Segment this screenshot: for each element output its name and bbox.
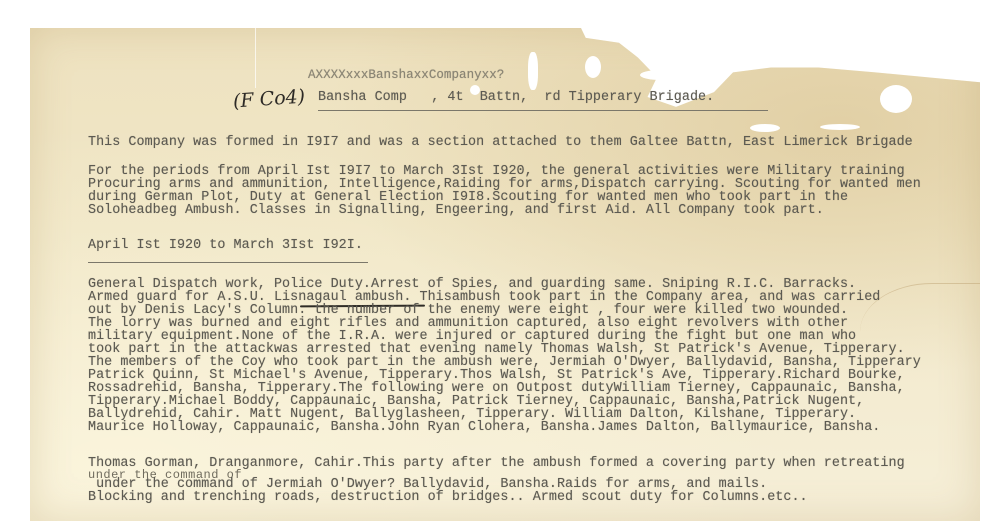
paper-hole <box>640 70 680 80</box>
closing-line: Blocking and trenching roads, destructio… <box>88 491 808 504</box>
period2-line: Maurice Holloway, Cappaunaic, Bansha.Joh… <box>88 421 880 434</box>
paper-hole <box>750 124 780 132</box>
document-heading: Bansha Comp , 4t Battn, rd Tipperary Bri… <box>318 91 714 104</box>
paper-fold <box>255 28 256 88</box>
intro-line: This Company was formed in I9I7 and was … <box>88 136 913 149</box>
paper-hole <box>880 85 912 113</box>
paper-hole <box>528 52 538 90</box>
period2-heading: April Ist I920 to March 3Ist I92I. <box>88 239 363 252</box>
period1-line: Soloheadbeg Ambush. Classes in Signallin… <box>88 204 824 217</box>
paper-hole <box>585 56 601 78</box>
paper-hole <box>820 124 860 130</box>
struck-heading: AXXXXxxxBanshaxxCompanyxx? <box>308 69 504 82</box>
period2-rule <box>88 262 368 263</box>
heading-rule <box>318 110 768 111</box>
